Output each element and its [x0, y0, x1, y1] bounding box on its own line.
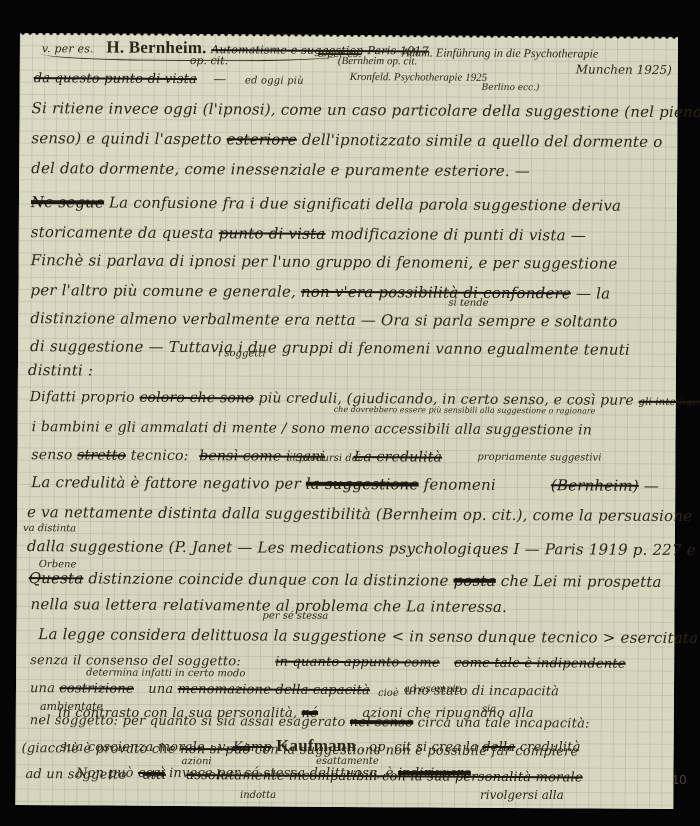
line-text: per l'altro più comune e generale, — [30, 281, 296, 301]
struck-text: in quanto appunto come — [275, 655, 440, 671]
struck-text: posta — [453, 572, 495, 590]
struck-text: Kamp — [233, 740, 272, 755]
dash: — — [213, 72, 226, 87]
line-26: sua coscienza morale : v. Kamp Kaufmann … — [60, 736, 581, 756]
line-text: si parla sempre e soltanto — [415, 311, 618, 330]
ref-kronfeld: Kronfeld. Psychotherapie 1925 — [350, 71, 487, 84]
ref-kronfeld-place: Berlino ecc.) — [482, 83, 540, 93]
struck-text: coloro che sono — [139, 390, 254, 407]
line-4: Ne segue La confusione fra i due signifi… — [31, 193, 621, 215]
line-3: del dato dormente, come inessenziale e p… — [31, 159, 530, 180]
struck-text: menomazione della capacità — [178, 682, 370, 698]
line-6: Finchè si parlava di ipnosi per l'uno gr… — [31, 251, 618, 273]
struck-text: come tale è indipendente — [454, 656, 626, 672]
line-text: distinzione almeno verbalmente era netta… — [30, 309, 410, 329]
struck-text: esteriore — [227, 130, 297, 148]
line-text: . op. cit — [360, 740, 411, 755]
line-10: distinti : — [28, 361, 93, 379]
line-text: azioni che ripugnano alla — [362, 706, 533, 721]
line-text: fenomeni — [424, 475, 496, 493]
line-5: storicamente da questa punto di vista mo… — [31, 223, 586, 244]
struck-text: punto di vista — [219, 224, 326, 243]
line-text: sua coscienza morale : v. — [60, 740, 229, 755]
annotation-i-soggetti: i soggetti — [218, 348, 266, 359]
struck-text: della — [482, 740, 515, 755]
struck-text: né — [302, 706, 318, 721]
line-text: La confusione fra i due significati dell… — [109, 194, 621, 215]
line-text: modificazione di punti di vista — — [330, 225, 586, 245]
ref-adam-place: Munchen 1925) — [576, 62, 672, 77]
line-text: invece — [169, 766, 213, 781]
line-text: Difatti proprio — [30, 389, 135, 406]
line-14: La credulità è fattore negativo per la s… — [31, 473, 659, 495]
annotation-determina: determina infatti in certo modo — [86, 667, 245, 679]
line-1: Si ritiene invece oggi (l'ipnosi), come … — [31, 99, 700, 121]
struck-text: gli intelligenti — [639, 397, 700, 408]
line-2: senso) e quindi l'aspetto esteriore dell… — [31, 129, 662, 151]
line-12: i bambini e gli ammalati di mente / sono… — [32, 419, 593, 438]
line-text: — — [644, 477, 659, 495]
line-text: distinzione coincide dunque con la disti… — [88, 569, 448, 589]
line-25: in contrasto con la sua personalità, né … — [58, 706, 534, 721]
line-text: dell'ipnotizzato simile a quello del dor… — [302, 131, 663, 151]
line-text: dalla suggestione (P. Janet — Les medica… — [27, 537, 700, 559]
struck-text: costrizione — [59, 681, 134, 696]
struck-text: indirizzare — [398, 766, 471, 781]
line-text: una — [148, 682, 173, 697]
annotation-propriamente: propriamente suggestivi — [477, 452, 601, 464]
annotation-rivolgersi: rivolgersi alla — [480, 788, 564, 802]
line-text: di suggestione — Tuttavia i due gruppi d… — [30, 337, 630, 359]
annotation-per-se-stessa: per sé stessa — [262, 610, 328, 621]
page-number: 10 — [672, 772, 692, 792]
header-line-2: da questo punto di vista — ed oggi più — [34, 71, 304, 88]
struck-text: la suggestione — [306, 475, 419, 494]
line-text: Finchè si parlava di ipnosi per l'uno gr… — [31, 251, 618, 273]
header-underline — [40, 43, 340, 62]
line-27: Non può così invece per sé stessa delitt… — [76, 766, 471, 781]
line-text: senso) e quindi l'aspetto — [31, 129, 221, 148]
line-8: distinzione almeno verbalmente era netta… — [30, 309, 618, 331]
author-kaufmann: Kaufmann — [276, 736, 356, 755]
struck-text: così — [138, 766, 165, 781]
struck-text: Ne segue — [31, 193, 104, 211]
line-7: per l'altro più comune e generale, non v… — [30, 281, 610, 303]
manuscript-page: v. per es. H. Bernheim. Automatisme e su… — [15, 33, 678, 809]
line-text: — la — [576, 284, 610, 302]
line-text: Si ritiene invece oggi (l'ipnosi), come … — [31, 99, 700, 121]
annotation-si-tende: si tende — [448, 298, 488, 309]
line-text: la suggestione < in senso dunque tecnico… — [274, 627, 699, 648]
struck-da-questo-punto: da questo punto di vista — [34, 71, 197, 87]
line-text: Non può — [76, 766, 134, 781]
line-text: distinti : — [28, 361, 93, 379]
insert-ed-oggi: ed oggi più — [245, 75, 304, 86]
line-text: senso — [31, 447, 72, 463]
annotation-il-prodursi: il prodursi dei — [289, 453, 361, 464]
ref-adam: Adam. Einführung in die Psychotherapie — [402, 45, 598, 61]
line-text: una — [30, 681, 55, 696]
line-text: si crea la — [416, 740, 478, 755]
line-text: del dato dormente, come inessenziale e p… — [31, 159, 530, 180]
line-text: La credulità è fattore negativo per — [31, 473, 301, 493]
struck-text: La credulità — [354, 449, 442, 466]
line-17: Questa distinzione coincide dunque con l… — [29, 569, 662, 591]
line-text: e va nettamente distinta dalla suggestib… — [27, 503, 692, 525]
line-text: in contrasto con la sua personalità, — [58, 706, 297, 721]
annotation-va-distinta: va distinta — [23, 523, 76, 534]
struck-text: non v'era possibilità di confondere — [301, 283, 571, 303]
line-text: La legge considera delittuosa — [38, 625, 269, 644]
line-21: una costrizione una menomazione della ca… — [30, 681, 559, 699]
annotation-dovrebbero: che dovrebbero essere più sensibili alla… — [334, 405, 596, 416]
line-19: La legge considera delittuosa la suggest… — [38, 625, 698, 647]
line-text: storicamente da questa — [31, 223, 214, 242]
line-text: per sé stessa delittuosa, è — [217, 766, 393, 781]
line-text: tecnico: — [131, 448, 189, 464]
struck-text: (Bernheim) — [551, 476, 639, 495]
annotation-ad-esempio: ad esempio — [404, 684, 462, 695]
line-text: che Lei mi prospetta — [501, 572, 662, 591]
line-text: i bambini e gli ammalati di mente / — [32, 419, 287, 437]
line-13: senso stretto tecnico: bensì come i sani… — [31, 447, 442, 466]
line-text: sono meno accessibili alla suggestione i… — [291, 421, 592, 439]
line-16: dalla suggestione (P. Janet — Les medica… — [27, 537, 700, 559]
annotation-cioe: cioè — [378, 688, 399, 699]
line-text: credulità — [520, 740, 581, 755]
line-9: di suggestione — Tuttavia i due gruppi d… — [30, 337, 630, 359]
line-15: e va nettamente distinta dalla suggestib… — [27, 503, 692, 525]
struck-text: stretto — [77, 447, 126, 463]
struck-text: Questa — [29, 569, 84, 587]
annotation-indotta: indotta — [240, 790, 276, 801]
